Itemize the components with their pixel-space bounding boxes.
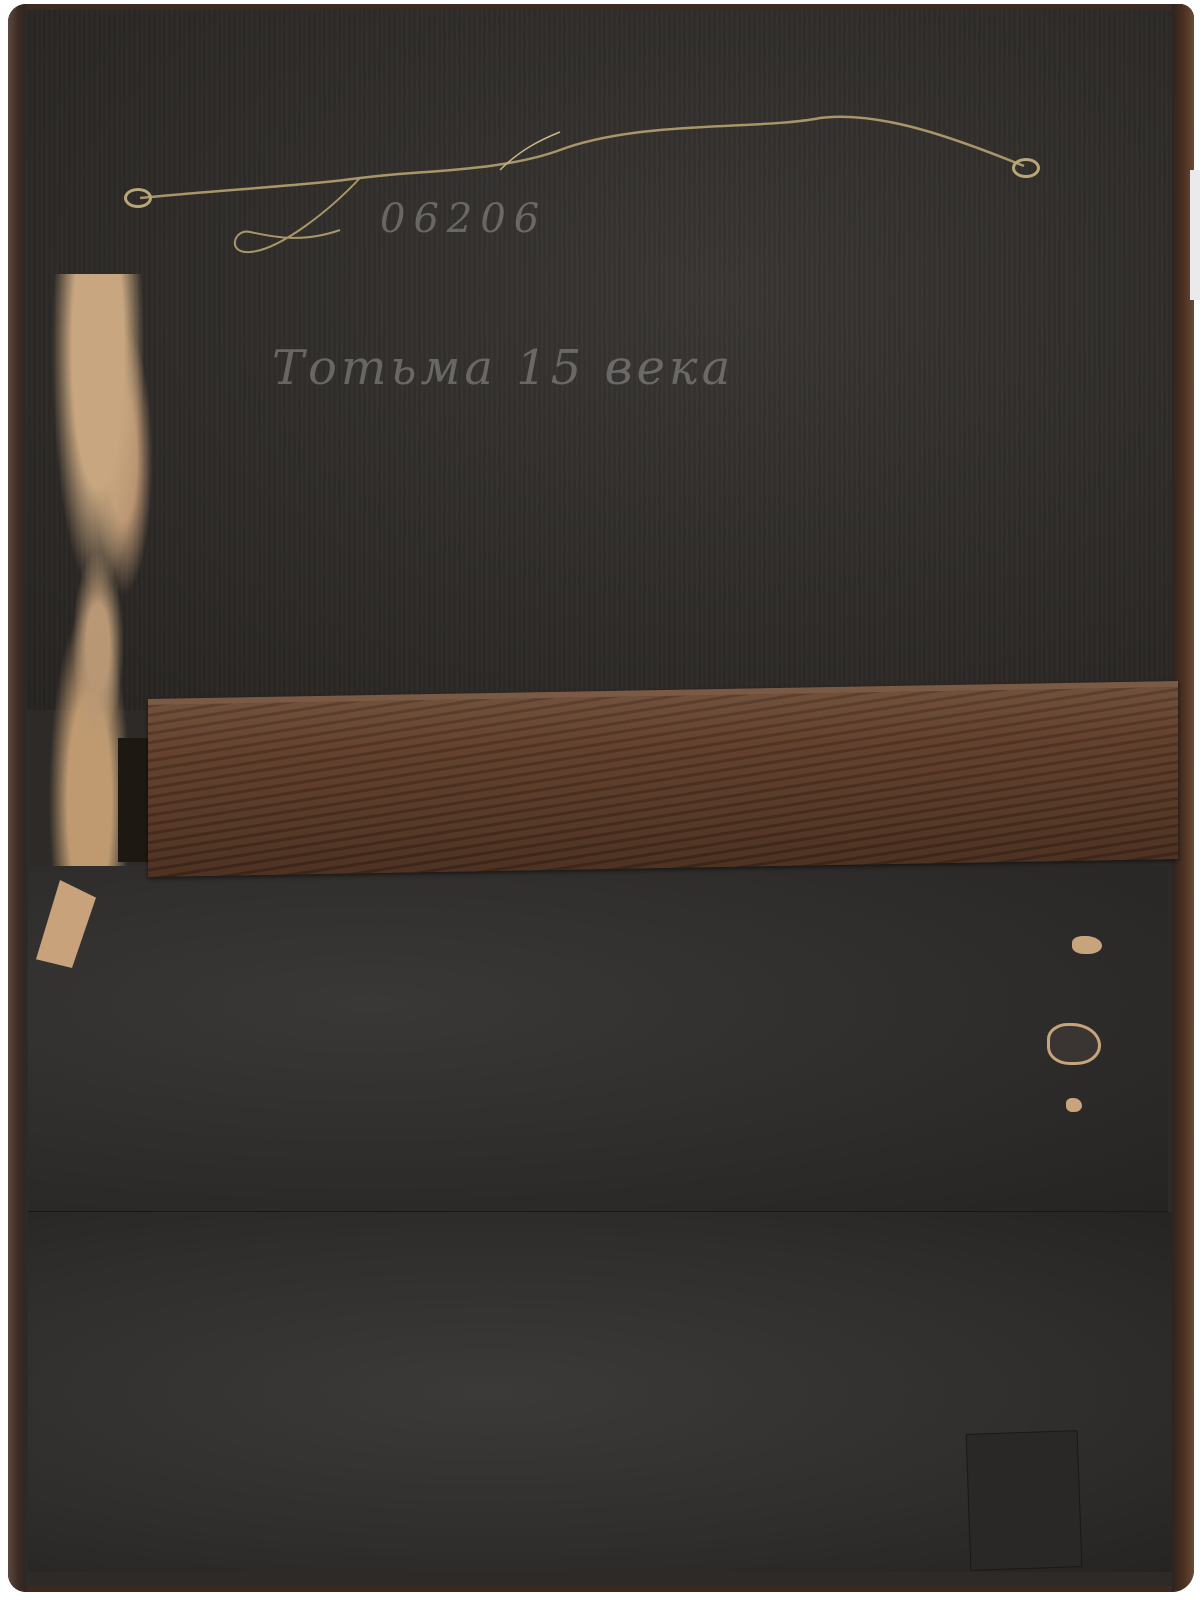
wooden-batten — [148, 681, 1178, 877]
paper-hole — [1050, 1026, 1098, 1062]
side-label-strip — [1190, 170, 1200, 300]
hanging-hook-right — [1012, 158, 1040, 178]
paper-patch — [966, 1430, 1083, 1571]
inventory-number-inscription: 06206 — [380, 196, 547, 242]
left-edge — [8, 4, 26, 1592]
paper-cover-middle — [28, 866, 1168, 1213]
paper-hole — [1072, 936, 1102, 954]
hanging-hook-left — [124, 188, 152, 208]
paper-hole — [1066, 1098, 1082, 1112]
pencil-note-inscription: Тотьма 15 века — [272, 340, 734, 396]
